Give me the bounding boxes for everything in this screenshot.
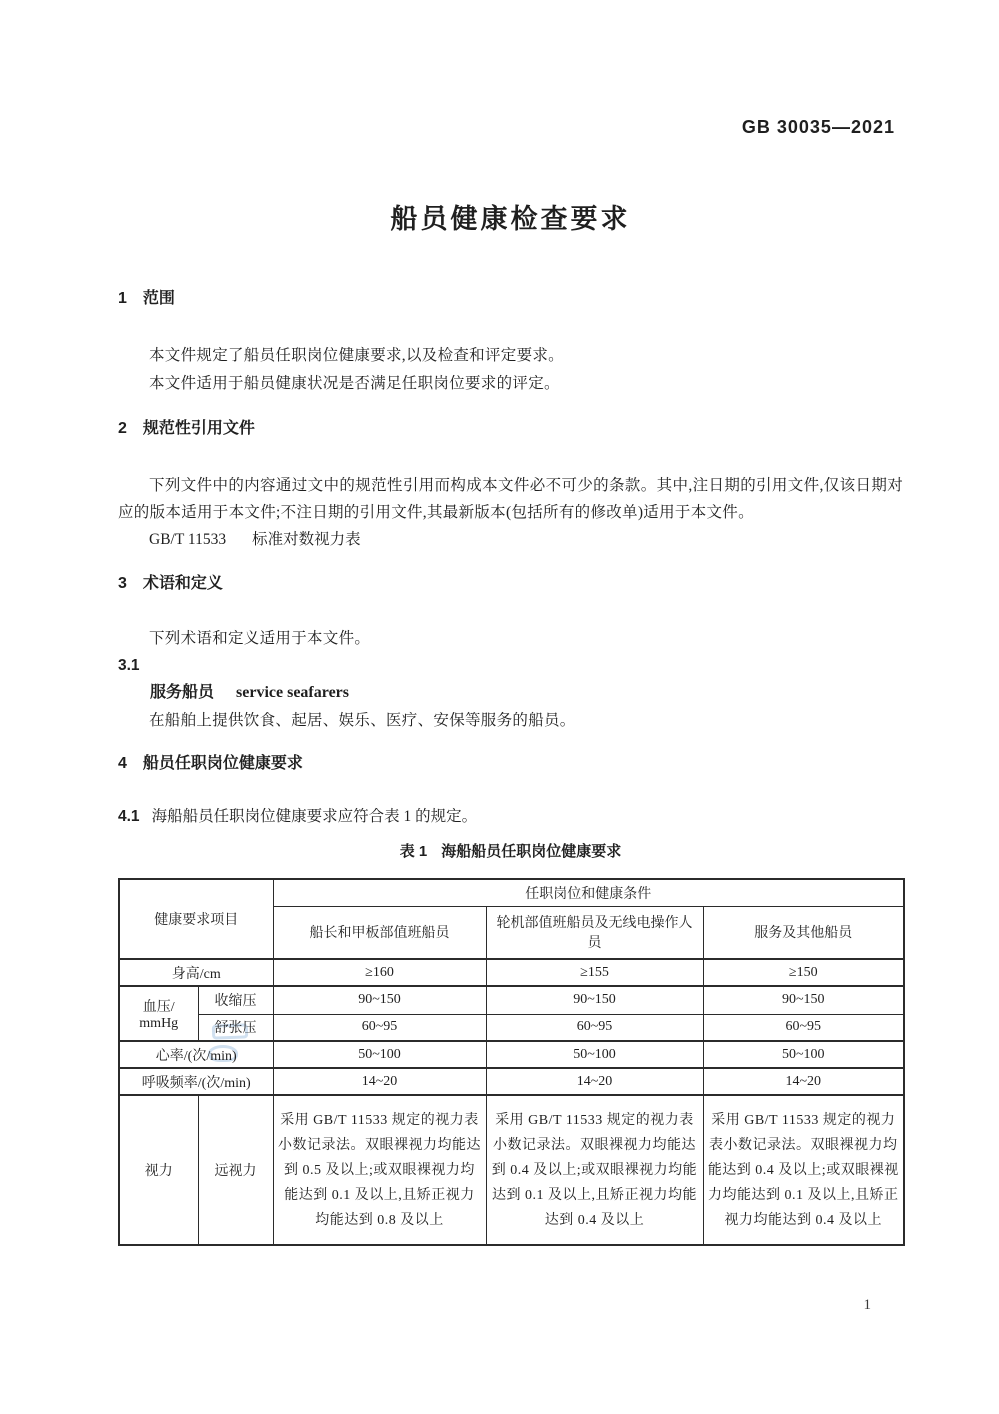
clause-4-1-number: 4.1 [118, 803, 140, 831]
cell-systolic-deck: 90~150 [273, 986, 486, 1014]
header-cell-deck: 船长和甲板部值班船员 [273, 906, 486, 959]
cell-heart-rate-service: 50~100 [703, 1041, 904, 1068]
cell-heart-rate-engine: 50~100 [486, 1041, 703, 1068]
label-vision: 视力 [119, 1095, 198, 1245]
label-blood-pressure-line2: mmHg [124, 1016, 194, 1032]
section-1-number: 1 [118, 288, 127, 310]
clause-4-1: 4.1海船船员任职岗位健康要求应符合表 1 的规定。 [118, 803, 903, 831]
cell-vision-deck: 采用 GB/T 11533 规定的视力表小数记录法。双眼裸视力均能达到 0.5 … [273, 1095, 486, 1245]
section-1-heading: 1范围 [118, 288, 903, 310]
page-title: 船员健康检查要求 [118, 203, 903, 235]
table-row-height: 身高/cm ≥160 ≥155 ≥150 [119, 959, 904, 986]
header-cell-group: 任职岗位和健康条件 [273, 879, 904, 906]
header-cell-engine: 轮机部值班船员及无线电操作人员 [486, 906, 703, 959]
label-diastolic: 舒张压 [198, 1014, 273, 1041]
section-4-heading: 4船员任职岗位健康要求 [118, 753, 903, 775]
label-height: 身高/cm [119, 959, 273, 986]
section-3-title: 术语和定义 [143, 575, 223, 592]
section-3-intro: 下列术语和定义适用于本文件。 [118, 625, 903, 653]
term-definition-heading: 服务船员service seafarers [118, 679, 903, 707]
table-row-heart-rate: 心率/(次/min) 50~100 50~100 50~100 [119, 1041, 904, 1068]
cell-systolic-service: 90~150 [703, 986, 904, 1014]
section-3-number: 3 [118, 573, 127, 595]
cell-height-service: ≥150 [703, 959, 904, 986]
section-1-paragraph-1: 本文件规定了船员任职岗位健康要求,以及检查和评定要求。 [118, 342, 903, 370]
reference-name: 标准对数视力表 [252, 531, 361, 548]
page-content: 船员健康检查要求 1范围 本文件规定了船员任职岗位健康要求,以及检查和评定要求。… [118, 0, 903, 1246]
section-3-heading: 3术语和定义 [118, 573, 903, 595]
normative-reference: GB/T 11533标准对数视力表 [118, 526, 903, 553]
cell-diastolic-service: 60~95 [703, 1014, 904, 1041]
section-1-paragraph-2: 本文件适用于船员健康状况是否满足任职岗位要求的评定。 [118, 370, 903, 398]
cell-systolic-engine: 90~150 [486, 986, 703, 1014]
cell-vision-service: 采用 GB/T 11533 规定的视力表小数记录法。双眼裸视力均能达到 0.4 … [703, 1095, 904, 1245]
cell-vision-engine: 采用 GB/T 11533 规定的视力表小数记录法。双眼裸视力均能达到 0.4 … [486, 1095, 703, 1245]
reference-code: GB/T 11533 [149, 531, 226, 548]
header-cell-item-col: 健康要求项目 [119, 879, 273, 959]
document-page: GB 30035—2021 船员健康检查要求 1范围 本文件规定了船员任职岗位健… [0, 0, 999, 1414]
table-caption: 表 1海船船员任职岗位健康要求 [118, 841, 903, 863]
cell-resp-rate-deck: 14~20 [273, 1068, 486, 1095]
section-4-title: 船员任职岗位健康要求 [143, 755, 303, 772]
table-row-respiratory-rate: 呼吸频率/(次/min) 14~20 14~20 14~20 [119, 1068, 904, 1095]
cell-diastolic-deck: 60~95 [273, 1014, 486, 1041]
cell-height-deck: ≥160 [273, 959, 486, 986]
table-caption-label: 表 1 [400, 843, 428, 860]
header-cell-service: 服务及其他船员 [703, 906, 904, 959]
label-blood-pressure-line1: 血压/ [124, 996, 194, 1016]
cell-resp-rate-service: 14~20 [703, 1068, 904, 1095]
cell-diastolic-engine: 60~95 [486, 1014, 703, 1041]
term-english: service seafarers [236, 684, 349, 701]
section-2-title: 规范性引用文件 [143, 420, 255, 437]
table-row-diastolic: 舒张压 60~95 60~95 60~95 [119, 1014, 904, 1041]
label-heart-rate: 心率/(次/min) [119, 1041, 273, 1068]
section-2-number: 2 [118, 418, 127, 440]
section-4-number: 4 [118, 753, 127, 775]
label-blood-pressure: 血压/ mmHg [119, 986, 198, 1041]
label-systolic: 收缩压 [198, 986, 273, 1014]
section-2-heading: 2规范性引用文件 [118, 418, 903, 440]
page-number: 1 [864, 1297, 872, 1314]
term-chinese: 服务船员 [150, 684, 214, 701]
label-distance-vision: 远视力 [198, 1095, 273, 1245]
table-row-vision: 视力 远视力 采用 GB/T 11533 规定的视力表小数记录法。双眼裸视力均能… [119, 1095, 904, 1245]
clause-3-1-number: 3.1 [118, 653, 903, 679]
cell-height-engine: ≥155 [486, 959, 703, 986]
label-respiratory-rate: 呼吸频率/(次/min) [119, 1068, 273, 1095]
term-definition-text: 在船舶上提供饮食、起居、娱乐、医疗、安保等服务的船员。 [118, 707, 903, 735]
table-row-systolic: 血压/ mmHg 收缩压 90~150 90~150 90~150 [119, 986, 904, 1014]
table-caption-text: 海船船员任职岗位健康要求 [441, 843, 621, 860]
section-1-title: 范围 [143, 290, 175, 307]
clause-4-1-text: 海船船员任职岗位健康要求应符合表 1 的规定。 [152, 808, 478, 825]
cell-heart-rate-deck: 50~100 [273, 1041, 486, 1068]
section-2-paragraph: 下列文件中的内容通过文中的规范性引用而构成本文件必不可少的条款。其中,注日期的引… [118, 472, 903, 526]
health-requirements-table: 健康要求项目 任职岗位和健康条件 船长和甲板部值班船员 轮机部值班船员及无线电操… [118, 878, 905, 1246]
cell-resp-rate-engine: 14~20 [486, 1068, 703, 1095]
table-header-row-1: 健康要求项目 任职岗位和健康条件 [119, 879, 904, 906]
